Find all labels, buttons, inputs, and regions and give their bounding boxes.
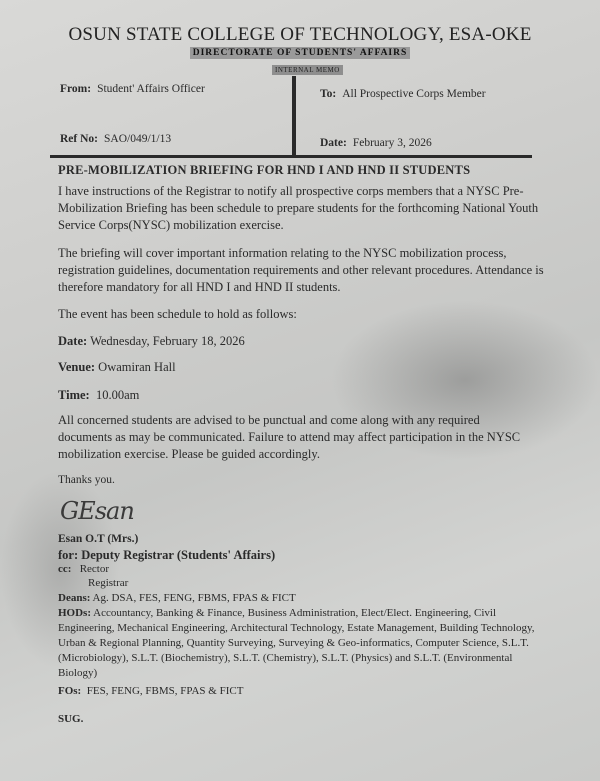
divider-horizontal [50, 155, 532, 158]
cc-line: cc: Rector [58, 563, 109, 575]
paragraph-2: The briefing will cover important inform… [58, 245, 548, 296]
divider-vertical [292, 76, 296, 156]
to-field: To:All Prospective Corps Member [320, 88, 486, 100]
signatory-title: for: Deputy Registrar (Students' Affairs… [58, 548, 275, 563]
paragraph-3: The event has been schedule to hold as f… [58, 307, 297, 322]
date-field: Date:February 3, 2026 [320, 137, 432, 149]
hods-line: HODs: Accountancy, Banking & Finance, Bu… [58, 606, 553, 681]
memo-document: OSUN STATE COLLEGE OF TECHNOLOGY, ESA-OK… [0, 0, 600, 781]
sug-line: SUG. [58, 712, 558, 727]
internal-memo-label: INTERNAL MEMO [272, 65, 343, 75]
signature: GEsan [60, 497, 134, 525]
paragraph-1: I have instructions of the Registrar to … [58, 183, 548, 234]
memo-heading: PRE-MOBILIZATION BRIEFING FOR HND I AND … [58, 163, 470, 178]
event-venue: Venue: Owamiran Hall [58, 360, 176, 375]
directorate-subtitle: DIRECTORATE OF STUDENTS' AFFAIRS [0, 42, 600, 60]
ref-field: Ref No:SAO/049/1/13 [60, 133, 171, 145]
closing: Thanks you. [58, 474, 115, 486]
from-field: From:Student' Affairs Officer [60, 83, 205, 95]
fos-line: FOs: FES, FENG, FBMS, FPAS & FICT [58, 684, 558, 699]
event-time: Time: 10.00am [58, 388, 139, 403]
event-date: Date: Wednesday, February 18, 2026 [58, 334, 245, 349]
cc-item: Registrar [88, 577, 128, 589]
signatory-name: Esan O.T (Mrs.) [58, 533, 138, 545]
deans-line: Deans: Ag. DSA, FES, FENG, FBMS, FPAS & … [58, 591, 558, 606]
paragraph-4: All concerned students are advised to be… [58, 412, 528, 463]
